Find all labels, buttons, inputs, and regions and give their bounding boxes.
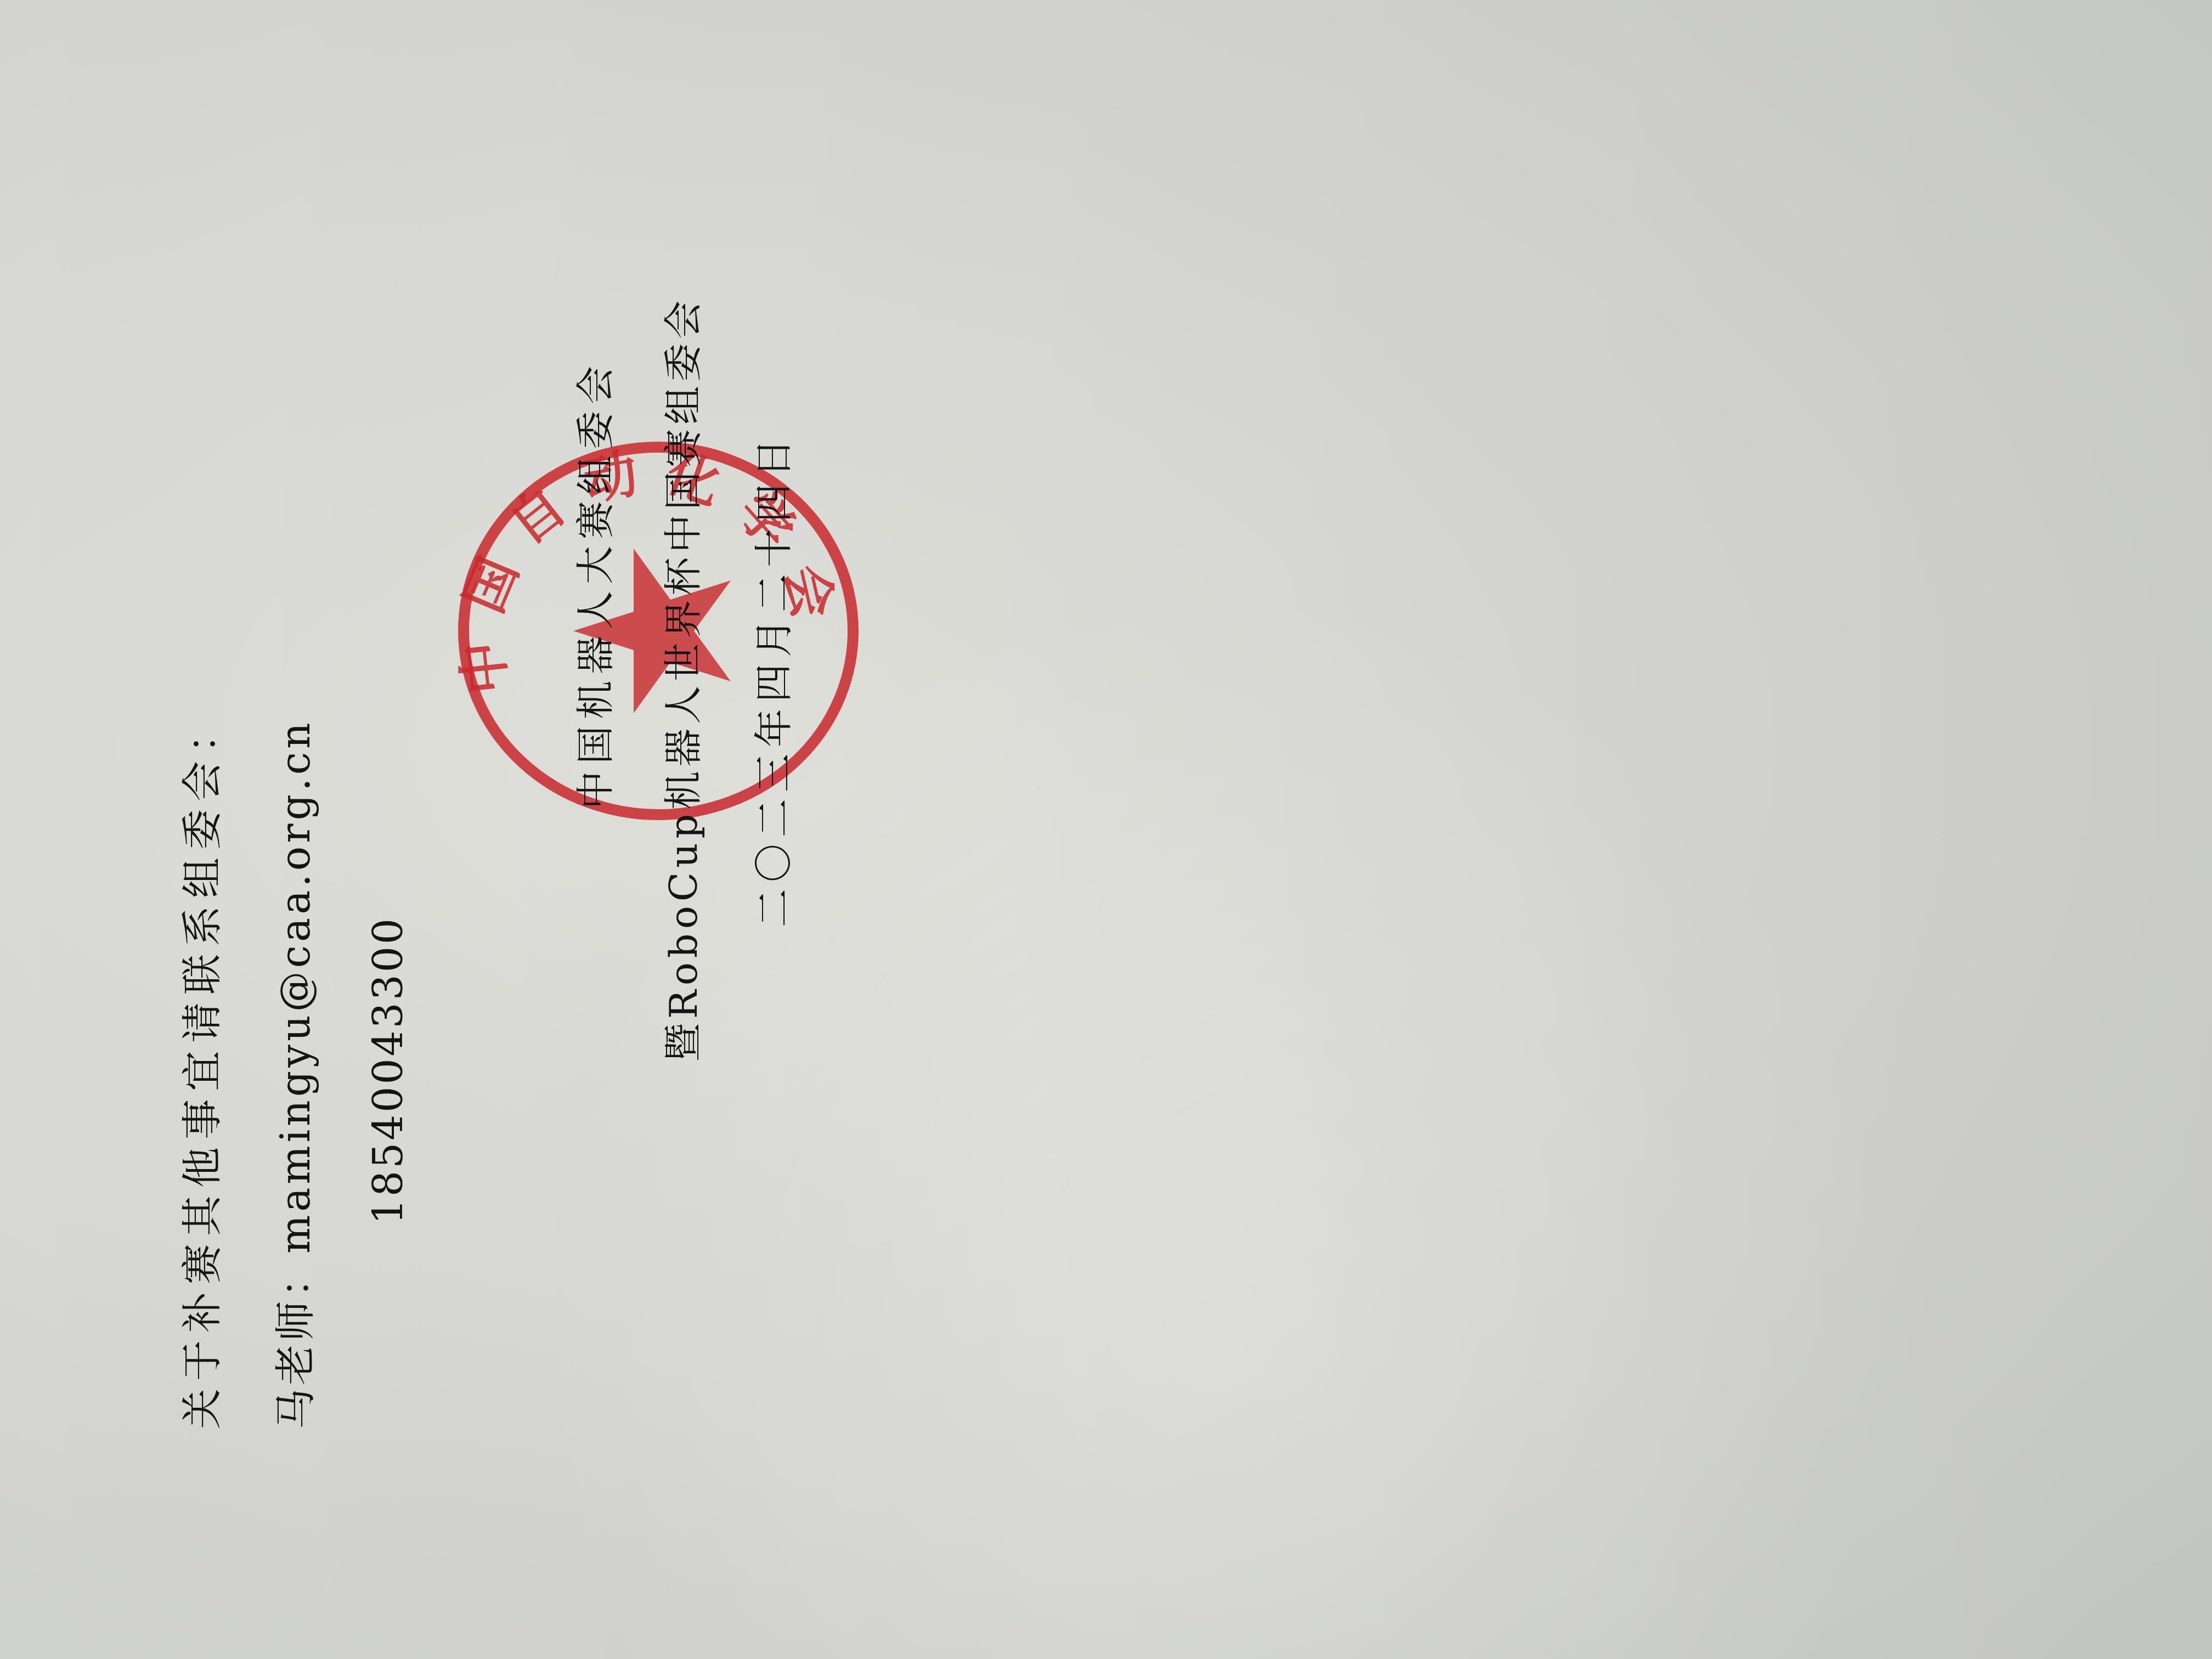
signature-robocup-committee: 暨RoboCup机器人世界杯中国赛组委会 xyxy=(653,296,708,1062)
signature-date: 二〇二三年四月二十四日 xyxy=(743,432,799,927)
signature-committee: 中国机器人大赛组委会 xyxy=(565,359,620,809)
contact-email: 马老师：mamingyu@caa.org.cn xyxy=(263,719,321,1429)
paper-background xyxy=(0,0,2212,1659)
contact-phone: 18540043300 xyxy=(365,916,412,1224)
contact-heading: 关于补赛其他事宜请联系组委会： xyxy=(170,705,228,1429)
